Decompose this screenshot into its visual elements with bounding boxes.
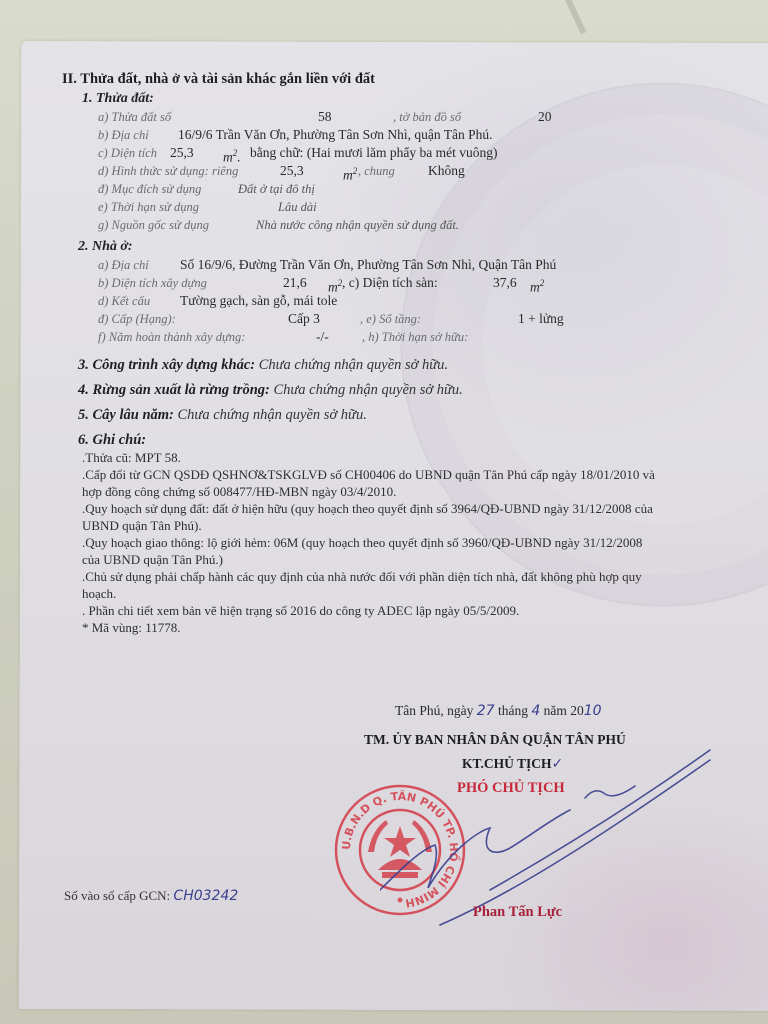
floors-value: 1 + lửng xyxy=(518,310,564,328)
built-area-label: b) Diện tích xây dựng xyxy=(98,276,207,290)
forest-value: Chưa chứng nhận quyền sở hữu. xyxy=(273,382,462,398)
perennial-value: Chưa chứng nhận quyền sở hữu. xyxy=(178,407,367,423)
note-line: .Cấp đổi từ GCN QSDĐ QSHNƠ&TSKGLVĐ số CH… xyxy=(82,466,662,500)
year-label: năm xyxy=(544,703,567,718)
month-handwritten: 4 xyxy=(531,703,540,719)
completion-row: f) Năm hoàn thành xây dựng: -/- , h) Thờ… xyxy=(98,328,720,346)
notes-list: .Thửa cũ: MPT 58. .Cấp đổi từ GCN QSDĐ Q… xyxy=(82,449,662,636)
land-heading: 1. Thửa đất: xyxy=(82,90,720,108)
place-date: Tân Phú, ngày 27 tháng 4 năm 2010 xyxy=(395,703,602,719)
place-prefix: Tân Phú, ngày xyxy=(395,703,473,718)
land-address-label: b) Địa chỉ xyxy=(98,128,149,142)
house-address-label: a) Địa chỉ xyxy=(98,258,149,272)
perennial-heading: 5. Cây lâu năm: xyxy=(78,407,174,423)
term-label: e) Thời hạn sử dụng xyxy=(98,200,199,214)
month-label: tháng xyxy=(498,703,528,718)
certificate-content: II. Thửa đất, nhà ở và tài sản khác gắn … xyxy=(60,70,720,636)
map-sheet-value: 20 xyxy=(538,108,552,126)
floor-area-label: , c) Diện tích sàn: xyxy=(342,274,438,292)
certificate-serial: Số vào sổ cấp GCN: CH03242 xyxy=(64,888,238,904)
year-handwritten: 10 xyxy=(584,703,602,719)
forest-heading: 4. Rừng sản xuất là rừng trồng: xyxy=(78,382,270,398)
built-area-value: 21,6 xyxy=(283,274,307,292)
floor-area-value: 37,6 xyxy=(493,274,517,292)
purpose-row: đ) Mục đích sử dụng Đất ở tại đô thị xyxy=(98,180,720,198)
note-line: .Quy hoạch sử dụng đất: đất ở hiện hữu (… xyxy=(82,500,662,534)
land-area-row: c) Diện tích 25,3 m2. bằng chữ: (Hai mươ… xyxy=(98,144,720,162)
forest-section: 4. Rừng sản xuất là rừng trồng: Chưa chứ… xyxy=(78,381,720,399)
map-sheet-label: , tờ bản đồ số xyxy=(393,108,461,126)
usage-shared-label: , chung xyxy=(358,162,395,180)
parcel-value: 58 xyxy=(318,108,332,126)
land-parcel-row: a) Thửa đất số 58 , tờ bản đồ số 20 xyxy=(98,108,720,126)
other-works-section: 3. Công trình xây dựng khác: Chưa chứng … xyxy=(78,356,720,374)
usage-form-row: d) Hình thức sử dụng: riêng 25,3 m2 , ch… xyxy=(98,162,720,180)
serial-value: CH03242 xyxy=(173,888,238,904)
area-label: c) Diện tích xyxy=(98,146,157,160)
structure-row: d) Kết cấu Tường gạch, sàn gỗ, mái tole xyxy=(98,292,720,310)
land-address-row: b) Địa chỉ 16/9/6 Trần Văn Ơn, Phường Tâ… xyxy=(98,126,720,144)
day-handwritten: 27 xyxy=(477,703,495,719)
other-works-value: Chưa chứng nhận quyền sở hữu. xyxy=(259,357,448,373)
completion-value: -/- xyxy=(316,328,329,346)
term-value: Lâu dài xyxy=(278,198,317,216)
purpose-label: đ) Mục đích sử dụng xyxy=(98,182,201,196)
serial-label: Số vào sổ cấp GCN: xyxy=(64,888,170,903)
note-line: . Phần chi tiết xem bản vẽ hiện trạng số… xyxy=(82,602,662,619)
grade-row: đ) Cấp (Hạng): Cấp 3 , e) Số tầng: 1 + l… xyxy=(98,310,720,328)
handwritten-signature xyxy=(380,740,720,930)
land-address-value: 16/9/6 Trần Văn Ơn, Phường Tân Sơn Nhì, … xyxy=(178,126,493,144)
origin-label: g) Nguồn gốc sử dụng xyxy=(98,218,209,232)
notes-section: 6. Ghi chú: xyxy=(78,431,720,449)
section-title: II. Thửa đất, nhà ở và tài sản khác gắn … xyxy=(62,70,720,88)
year-printed: 20 xyxy=(570,703,584,718)
note-line: .Thửa cũ: MPT 58. xyxy=(82,449,662,466)
notes-heading: 6. Ghi chú: xyxy=(78,432,146,448)
ownership-term-label: , h) Thời hạn sở hữu: xyxy=(362,328,468,346)
house-address-row: a) Địa chỉ Số 16/9/6, Đường Trần Văn Ơn,… xyxy=(98,256,720,274)
usage-private-value: 25,3 xyxy=(280,162,304,180)
structure-value: Tường gạch, sàn gỗ, mái tole xyxy=(180,292,337,310)
note-line: .Quy hoạch giao thông: lộ giới hẻm: 06M … xyxy=(82,534,662,568)
house-address-value: Số 16/9/6, Đường Trần Văn Ơn, Phường Tân… xyxy=(180,256,556,274)
usage-form-label: d) Hình thức sử dụng: riêng xyxy=(98,164,238,178)
grade-value: Cấp 3 xyxy=(288,310,320,328)
note-line: .Chủ sử dụng phải chấp hành các quy định… xyxy=(82,568,662,602)
origin-value: Nhà nước công nhận quyền sử dụng đất. xyxy=(256,216,459,234)
signer-name: Phan Tấn Lực xyxy=(473,904,562,921)
origin-row: g) Nguồn gốc sử dụng Nhà nước công nhận … xyxy=(98,216,720,234)
area-value: 25,3 xyxy=(170,144,194,162)
completion-label: f) Năm hoàn thành xây dựng: xyxy=(98,330,245,344)
parcel-label: a) Thửa đất số xyxy=(98,110,171,124)
purpose-value: Đất ở tại đô thị xyxy=(238,180,315,198)
perennial-section: 5. Cây lâu năm: Chưa chứng nhận quyền sở… xyxy=(78,406,720,424)
background-surface-mark xyxy=(565,0,586,34)
structure-label: d) Kết cấu xyxy=(98,294,150,308)
grade-label: đ) Cấp (Hạng): xyxy=(98,312,176,326)
house-heading: 2. Nhà ở: xyxy=(78,238,720,256)
note-line: * Mã vùng: 11778. xyxy=(82,619,662,636)
house-area-row: b) Diện tích xây dựng 21,6 m2 , c) Diện … xyxy=(98,274,720,292)
area-words: bằng chữ: (Hai mươi lăm phẩy ba mét vuôn… xyxy=(250,144,497,162)
other-works-heading: 3. Công trình xây dựng khác: xyxy=(78,357,255,373)
floors-label: , e) Số tầng: xyxy=(360,310,421,328)
usage-shared-value: Không xyxy=(428,162,465,180)
term-row: e) Thời hạn sử dụng Lâu dài xyxy=(98,198,720,216)
